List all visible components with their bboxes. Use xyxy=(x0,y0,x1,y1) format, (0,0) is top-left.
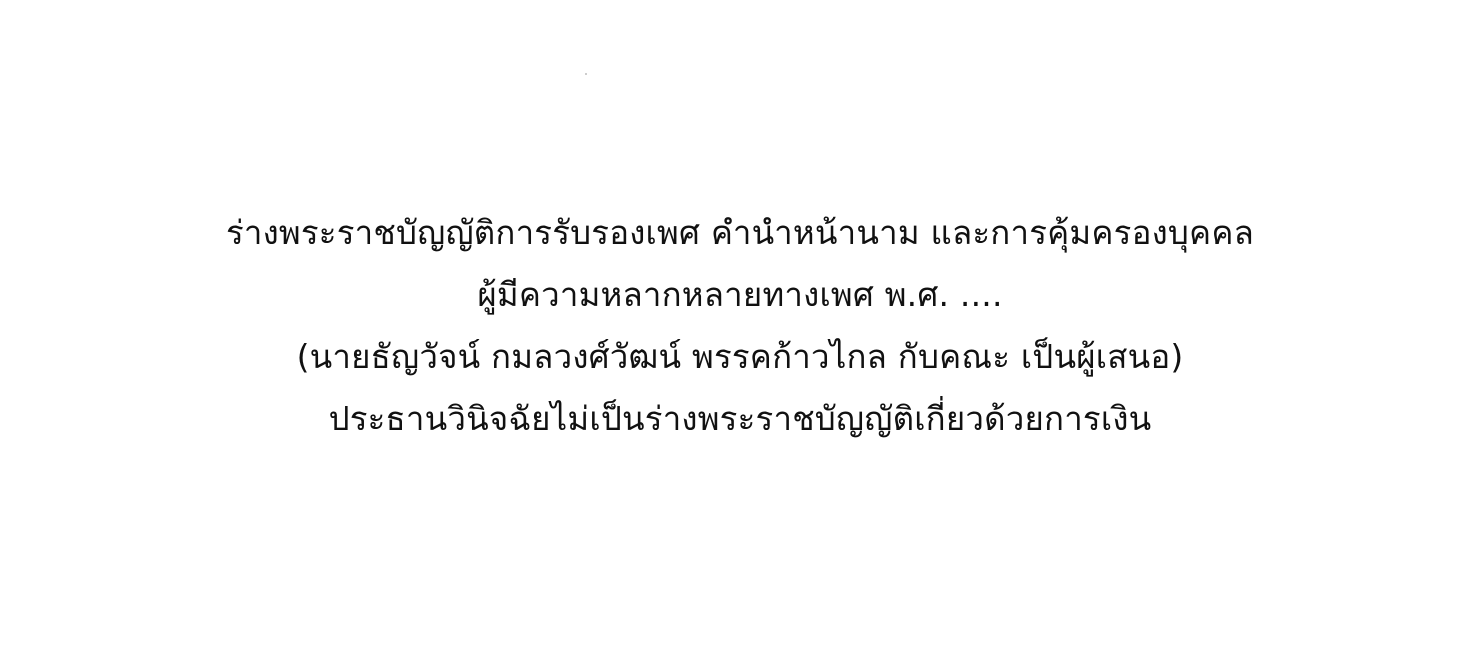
speaker-ruling-line: ประธานวินิจฉัยไม่เป็นร่างพระราชบัญญัติเก… xyxy=(0,388,1480,450)
bill-title-line-1: ร่างพระราชบัญญัติการรับรองเพศ คำนำหน้านา… xyxy=(0,202,1480,264)
bill-title-line-2: ผู้มีความหลากหลายทางเพศ พ.ศ. .... xyxy=(0,264,1480,326)
document-page: ร่างพระราชบัญญัติการรับรองเพศ คำนำหน้านา… xyxy=(0,0,1480,646)
scan-speck xyxy=(585,73,587,75)
bill-proposer-line: (นายธัญวัจน์ กมลวงศ์วัฒน์ พรรคก้าวไกล กั… xyxy=(0,326,1480,388)
bill-title-block: ร่างพระราชบัญญัติการรับรองเพศ คำนำหน้านา… xyxy=(0,202,1480,450)
